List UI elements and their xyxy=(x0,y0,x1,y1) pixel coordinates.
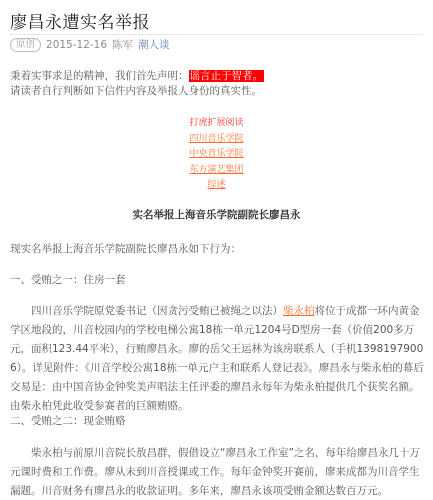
person-link-chai-yongbai[interactable]: 柴永柏 xyxy=(283,305,315,317)
section-2-paragraph: 柴永柏与前原川音院长敖昌群，假借设立“廖昌永工作室”之名，每年给廖昌永几十万元课… xyxy=(10,444,425,500)
section-1-text-prefix: 四川音乐学院原党委书记（因贪污受贿已被绳之以法） xyxy=(31,305,283,317)
section-1-text-rest: 将位于成都一环内黄金学区地段的，川音校园内的学校电梯公寓18栋一单元1204号D… xyxy=(10,305,424,412)
related-links: 打虎扩展阅读 四川音乐学院 中央音乐学院 东方演艺集团 综述 xyxy=(0,116,433,194)
section-2-heading: 二、受贿之二：现金贿赂 xyxy=(10,413,126,430)
link-oriental-performing-arts[interactable]: 东方演艺集团 xyxy=(0,163,433,179)
author-name: 陈军 xyxy=(112,37,133,52)
title-divider xyxy=(10,34,423,35)
disclaimer-text: 秉着实事求是的精神，我们首先声明： xyxy=(10,70,189,82)
article-title: 廖昌永遭实名举报 xyxy=(10,8,150,33)
original-badge: 原创 xyxy=(10,38,41,52)
link-central-conservatory[interactable]: 中央音乐学院 xyxy=(0,147,433,163)
disclaimer-highlight: 谣言止于智者。 xyxy=(189,70,265,82)
letter-intro: 现实名举报上海音乐学院副院长廖昌永如下行为： xyxy=(10,241,241,258)
disclaimer-line-2: 请读者自行判断如下信件内容及举报人身份的真实性。 xyxy=(10,83,262,100)
related-links-header: 打虎扩展阅读 xyxy=(0,116,433,132)
section-1-paragraph: 四川音乐学院原党委书记（因贪污受贿已被绳之以法）柴永柏将位于成都一环内黄金学区地… xyxy=(10,302,425,416)
publish-date: 2015-12-16 xyxy=(46,39,107,51)
link-summary[interactable]: 综述 xyxy=(0,178,433,194)
section-1-heading: 一、受贿之一：住房一套 xyxy=(10,272,126,289)
letter-title: 实名举报上海音乐学院副院长廖昌永 xyxy=(0,207,433,222)
source-account-link[interactable]: 潮人谈 xyxy=(138,37,170,52)
link-sichuan-conservatory[interactable]: 四川音乐学院 xyxy=(0,132,433,148)
article-meta: 原创 2015-12-16 陈军 潮人谈 xyxy=(10,37,170,52)
